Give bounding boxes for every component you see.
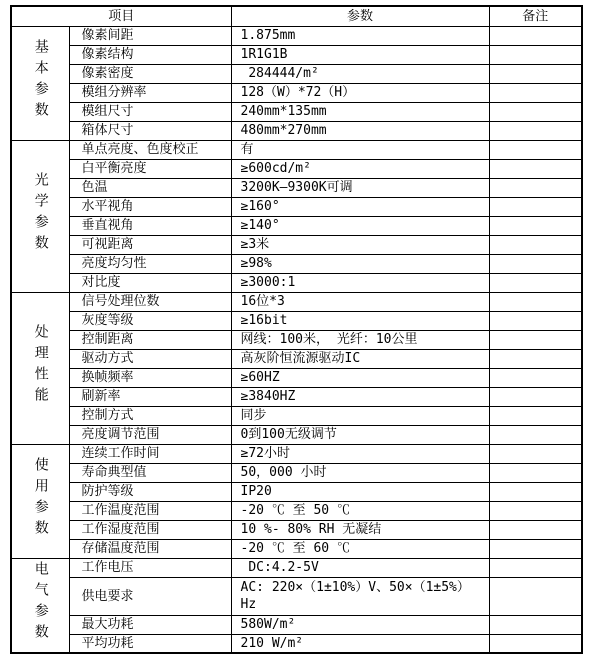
table-row: 水平视角≥160°: [11, 197, 582, 216]
table-row: 灰度等级≥16bit: [11, 311, 582, 330]
table-row: 白平衡亮度≥600cd/m²: [11, 159, 582, 178]
remark-cell: [489, 368, 582, 387]
table-row: 箱体尺寸480mm*270mm: [11, 121, 582, 140]
remark-cell: [489, 501, 582, 520]
item-cell: 亮度调节范围: [69, 425, 231, 444]
remark-cell: [489, 121, 582, 140]
header-param: 参数: [231, 6, 489, 26]
item-cell: 控制方式: [69, 406, 231, 425]
param-cell: ≥16bit: [231, 311, 489, 330]
remark-cell: [489, 64, 582, 83]
category-cell: 基本参数: [11, 26, 69, 140]
param-cell: 同步: [231, 406, 489, 425]
table-row: 工作温度范围-20 ℃ 至 50 ℃: [11, 501, 582, 520]
remark-cell: [489, 273, 582, 292]
item-cell: 白平衡亮度: [69, 159, 231, 178]
item-cell: 亮度均匀性: [69, 254, 231, 273]
table-row: 垂直视角≥140°: [11, 216, 582, 235]
table-row: 平均功耗210 W/m²: [11, 634, 582, 653]
param-cell: 高灰阶恒流源驱动IC: [231, 349, 489, 368]
param-cell: 有: [231, 140, 489, 159]
item-cell: 防护等级: [69, 482, 231, 501]
table-row: 工作湿度范围10 %- 80% RH 无凝结: [11, 520, 582, 539]
item-cell: 寿命典型值: [69, 463, 231, 482]
category-label: 使用参数: [32, 457, 49, 541]
item-cell: 色温: [69, 178, 231, 197]
remark-cell: [489, 520, 582, 539]
category-cell: 电气参数: [11, 558, 69, 653]
item-cell: 信号处理位数: [69, 292, 231, 311]
item-cell: 存储温度范围: [69, 539, 231, 558]
remark-cell: [489, 330, 582, 349]
table-row: 控制方式同步: [11, 406, 582, 425]
remark-cell: [489, 463, 582, 482]
item-cell: 像素密度: [69, 64, 231, 83]
category-label: 电气参数: [32, 561, 49, 645]
param-cell: 网线：100米， 光纤：10公里: [231, 330, 489, 349]
table-row: 换帧频率≥60HZ: [11, 368, 582, 387]
item-cell: 模组尺寸: [69, 102, 231, 121]
remark-cell: [489, 539, 582, 558]
remark-cell: [489, 216, 582, 235]
item-cell: 驱动方式: [69, 349, 231, 368]
table-row: 处理性能信号处理位数16位*3: [11, 292, 582, 311]
remark-cell: [489, 311, 582, 330]
table-row: 最大功耗580W/m²: [11, 615, 582, 634]
header-row: 项目 参数 备注: [11, 6, 582, 26]
param-cell: ≥60HZ: [231, 368, 489, 387]
remark-cell: [489, 254, 582, 273]
remark-cell: [489, 482, 582, 501]
remark-cell: [489, 140, 582, 159]
table-row: 寿命典型值50，000 小时: [11, 463, 582, 482]
param-cell: AC: 220×（1±10%）V、50×（1±5%） Hz: [231, 577, 489, 615]
param-cell: 210 W/m²: [231, 634, 489, 653]
param-cell: DC:4.2-5V: [231, 558, 489, 577]
param-cell: 284444/m²: [231, 64, 489, 83]
table-row: 供电要求AC: 220×（1±10%）V、50×（1±5%） Hz: [11, 577, 582, 615]
remark-cell: [489, 197, 582, 216]
item-cell: 箱体尺寸: [69, 121, 231, 140]
item-cell: 平均功耗: [69, 634, 231, 653]
item-cell: 控制距离: [69, 330, 231, 349]
item-cell: 工作电压: [69, 558, 231, 577]
table-row: 像素结构1R1G1B: [11, 45, 582, 64]
remark-cell: [489, 634, 582, 653]
param-cell: ≥3840HZ: [231, 387, 489, 406]
param-cell: 1.875mm: [231, 26, 489, 45]
remark-cell: [489, 178, 582, 197]
param-cell: 3200K—9300K可调: [231, 178, 489, 197]
spec-sheet: 项目 参数 备注 基本参数像素间距1.875mm像素结构1R1G1B像素密度 2…: [10, 5, 583, 654]
table-row: 使用参数连续工作时间≥72小时: [11, 444, 582, 463]
param-cell: 16位*3: [231, 292, 489, 311]
table-row: 存储温度范围-20 ℃ 至 60 ℃: [11, 539, 582, 558]
table-row: 色温3200K—9300K可调: [11, 178, 582, 197]
param-cell: -20 ℃ 至 50 ℃: [231, 501, 489, 520]
item-cell: 最大功耗: [69, 615, 231, 634]
spec-table: 项目 参数 备注 基本参数像素间距1.875mm像素结构1R1G1B像素密度 2…: [10, 5, 583, 654]
category-cell: 处理性能: [11, 292, 69, 444]
table-row: 模组尺寸240mm*135mm: [11, 102, 582, 121]
remark-cell: [489, 387, 582, 406]
item-cell: 灰度等级: [69, 311, 231, 330]
param-cell: ≥600cd/m²: [231, 159, 489, 178]
table-row: 控制距离网线：100米， 光纤：10公里: [11, 330, 582, 349]
param-cell: 0到100无级调节: [231, 425, 489, 444]
param-cell: ≥72小时: [231, 444, 489, 463]
param-cell: ≥98%: [231, 254, 489, 273]
category-cell: 使用参数: [11, 444, 69, 558]
remark-cell: [489, 425, 582, 444]
param-cell: IP20: [231, 482, 489, 501]
table-row: 驱动方式高灰阶恒流源驱动IC: [11, 349, 582, 368]
table-row: 亮度均匀性≥98%: [11, 254, 582, 273]
param-cell: ≥3000:1: [231, 273, 489, 292]
param-cell: ≥140°: [231, 216, 489, 235]
category-cell: 光学参数: [11, 140, 69, 292]
remark-cell: [489, 444, 582, 463]
remark-cell: [489, 349, 582, 368]
param-cell: 128（W）*72（H）: [231, 83, 489, 102]
category-label: 光学参数: [32, 172, 49, 256]
param-cell: 50，000 小时: [231, 463, 489, 482]
item-cell: 工作湿度范围: [69, 520, 231, 539]
remark-cell: [489, 406, 582, 425]
item-cell: 可视距离: [69, 235, 231, 254]
remark-cell: [489, 83, 582, 102]
table-row: 电气参数工作电压 DC:4.2-5V: [11, 558, 582, 577]
table-row: 基本参数像素间距1.875mm: [11, 26, 582, 45]
spec-table-body: 项目 参数 备注 基本参数像素间距1.875mm像素结构1R1G1B像素密度 2…: [11, 6, 582, 653]
item-cell: 垂直视角: [69, 216, 231, 235]
table-row: 对比度≥3000:1: [11, 273, 582, 292]
header-remark: 备注: [489, 6, 582, 26]
item-cell: 像素间距: [69, 26, 231, 45]
table-row: 可视距离≥3米: [11, 235, 582, 254]
remark-cell: [489, 45, 582, 64]
remark-cell: [489, 235, 582, 254]
item-cell: 单点亮度、色度校正: [69, 140, 231, 159]
item-cell: 供电要求: [69, 577, 231, 615]
remark-cell: [489, 558, 582, 577]
item-cell: 工作温度范围: [69, 501, 231, 520]
item-cell: 像素结构: [69, 45, 231, 64]
table-row: 模组分辨率128（W）*72（H）: [11, 83, 582, 102]
remark-cell: [489, 615, 582, 634]
table-row: 刷新率≥3840HZ: [11, 387, 582, 406]
item-cell: 换帧频率: [69, 368, 231, 387]
param-cell: ≥160°: [231, 197, 489, 216]
item-cell: 连续工作时间: [69, 444, 231, 463]
item-cell: 水平视角: [69, 197, 231, 216]
remark-cell: [489, 102, 582, 121]
remark-cell: [489, 577, 582, 615]
remark-cell: [489, 292, 582, 311]
header-item: 项目: [11, 6, 231, 26]
table-row: 防护等级IP20: [11, 482, 582, 501]
category-label: 处理性能: [32, 324, 49, 408]
param-cell: 580W/m²: [231, 615, 489, 634]
param-cell: 480mm*270mm: [231, 121, 489, 140]
item-cell: 对比度: [69, 273, 231, 292]
table-row: 亮度调节范围0到100无级调节: [11, 425, 582, 444]
remark-cell: [489, 26, 582, 45]
param-cell: ≥3米: [231, 235, 489, 254]
table-row: 像素密度 284444/m²: [11, 64, 582, 83]
param-cell: 240mm*135mm: [231, 102, 489, 121]
param-cell: 10 %- 80% RH 无凝结: [231, 520, 489, 539]
category-label: 基本参数: [32, 39, 49, 123]
remark-cell: [489, 159, 582, 178]
param-cell: -20 ℃ 至 60 ℃: [231, 539, 489, 558]
item-cell: 刷新率: [69, 387, 231, 406]
item-cell: 模组分辨率: [69, 83, 231, 102]
table-row: 光学参数单点亮度、色度校正有: [11, 140, 582, 159]
param-cell: 1R1G1B: [231, 45, 489, 64]
